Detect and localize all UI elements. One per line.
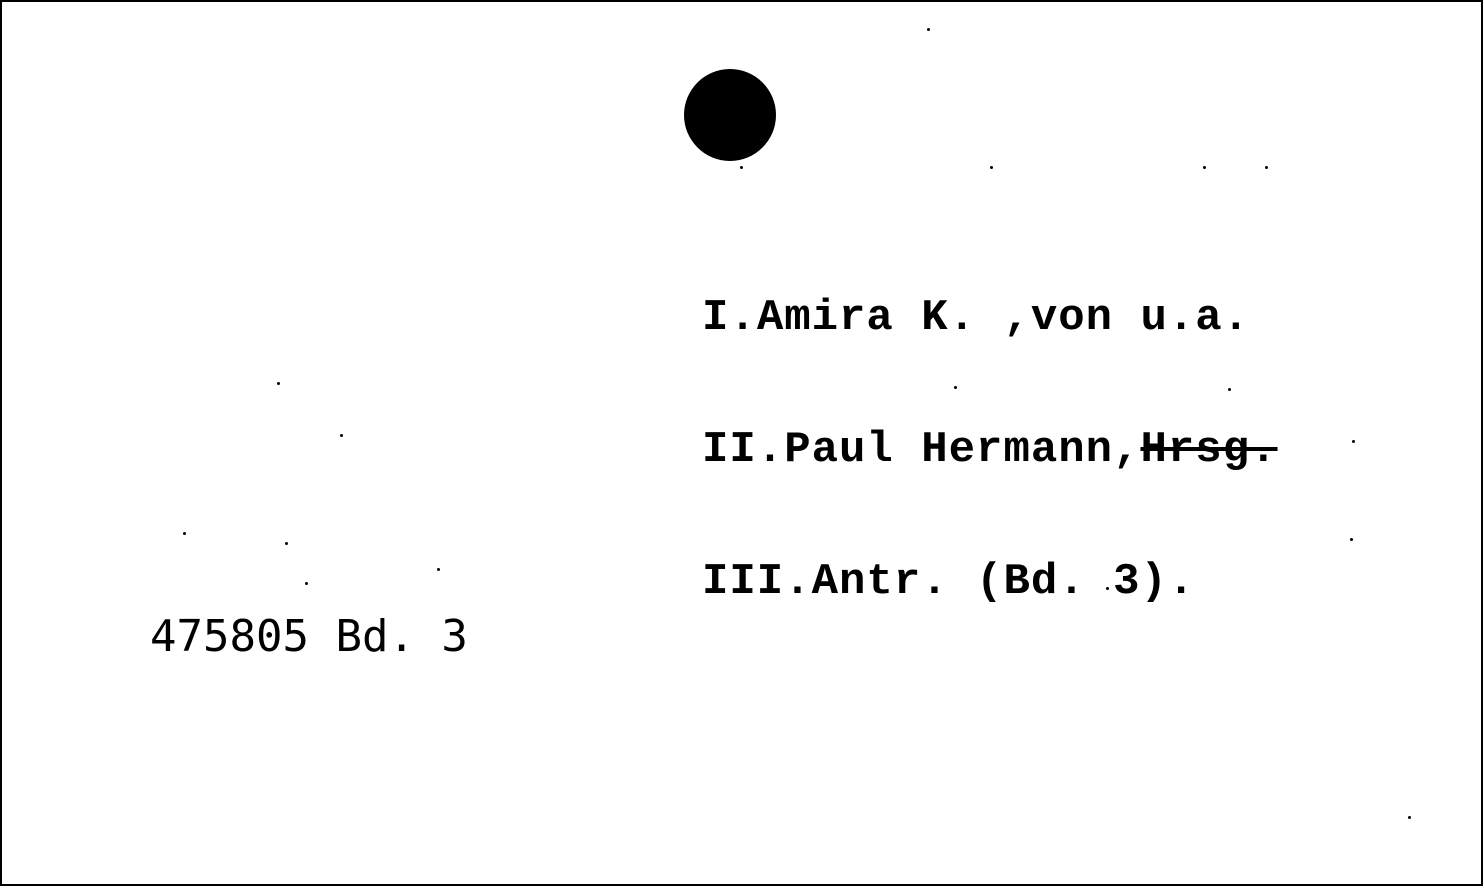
speck bbox=[183, 532, 186, 535]
speck bbox=[927, 28, 930, 31]
volume-label: Bd. 3 bbox=[335, 611, 467, 662]
speck bbox=[1265, 166, 1268, 169]
speck bbox=[1352, 440, 1355, 443]
entry-3: III.Antr. (Bd. 3). bbox=[702, 560, 1278, 604]
speck bbox=[340, 434, 343, 437]
speck bbox=[990, 166, 993, 169]
struck-text: Hrsg. bbox=[1140, 425, 1277, 475]
punch-hole bbox=[684, 69, 776, 161]
speck bbox=[305, 582, 308, 585]
speck bbox=[740, 166, 743, 169]
entry-numeral: I. bbox=[702, 293, 757, 343]
entry-numeral: III. bbox=[702, 557, 812, 607]
speck bbox=[1106, 587, 1109, 590]
speck bbox=[277, 382, 280, 385]
entry-text: Amira K. ,von u.a. bbox=[757, 293, 1250, 343]
speck bbox=[1350, 538, 1353, 541]
speck bbox=[1203, 166, 1206, 169]
speck bbox=[285, 542, 288, 545]
entry-text: Paul Hermann, bbox=[784, 425, 1140, 475]
speck bbox=[1228, 388, 1231, 391]
call-number: 475805 Bd. 3 bbox=[150, 612, 468, 662]
added-entries: I.Amira K. ,von u.a. II.Paul Hermann,Hrs… bbox=[702, 208, 1278, 692]
speck bbox=[954, 386, 957, 389]
entry-text: Antr. (Bd. 3). bbox=[812, 557, 1196, 607]
shelf-number: 475805 bbox=[150, 611, 309, 662]
speck bbox=[1408, 816, 1411, 819]
entry-2: II.Paul Hermann,Hrsg. bbox=[702, 428, 1278, 472]
entry-numeral: II. bbox=[702, 425, 784, 475]
catalog-card: I.Amira K. ,von u.a. II.Paul Hermann,Hrs… bbox=[0, 0, 1483, 886]
speck bbox=[437, 568, 440, 571]
entry-1: I.Amira K. ,von u.a. bbox=[702, 296, 1278, 340]
